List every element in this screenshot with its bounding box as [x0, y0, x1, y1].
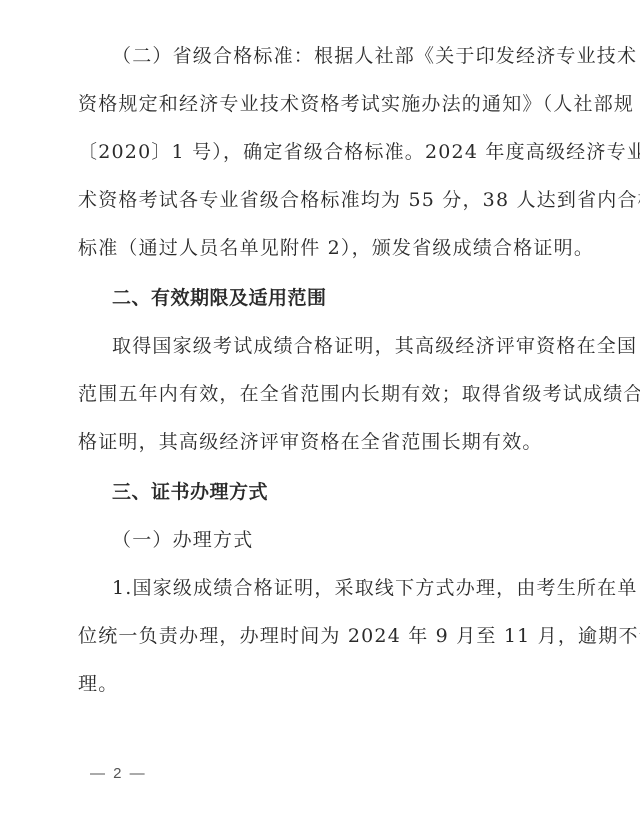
paragraph-line: 标准（通过人员名单见附件 2），颁发省级成绩合格证明。: [78, 236, 568, 260]
paragraph-line: 〔2020〕1 号），确定省级合格标准。2024 年度高级经济专业技: [78, 140, 568, 164]
paragraph-line: 理。: [78, 672, 568, 696]
paragraph-line: 资格规定和经济专业技术资格考试实施办法的通知》（人社部规: [78, 92, 568, 116]
paragraph-line: 范围五年内有效，在全省范围内长期有效；取得省级考试成绩合: [78, 382, 568, 406]
page-number: — 2 —: [90, 765, 147, 782]
document-page: （二）省级合格标准：根据人社部《关于印发经济专业技术 资格规定和经济专业技术资格…: [0, 0, 640, 821]
paragraph-line: 取得国家级考试成绩合格证明，其高级经济评审资格在全国: [112, 334, 568, 358]
section-heading: 二、有效期限及适用范围: [112, 286, 602, 310]
section-heading: 三、证书办理方式: [112, 480, 602, 504]
paragraph-line: （二）省级合格标准：根据人社部《关于印发经济专业技术: [112, 44, 568, 68]
paragraph-line: 1.国家级成绩合格证明，采取线下方式办理，由考生所在单: [112, 576, 568, 600]
paragraph-line: 格证明，其高级经济评审资格在全省范围长期有效。: [78, 430, 568, 454]
subsection-heading: （一）办理方式: [112, 528, 602, 552]
paragraph-line: 位统一负责办理，办理时间为 2024 年 9 月至 11 月，逾期不予办: [78, 624, 568, 648]
paragraph-line: 术资格考试各专业省级合格标准均为 55 分，38 人达到省内合格: [78, 188, 568, 212]
